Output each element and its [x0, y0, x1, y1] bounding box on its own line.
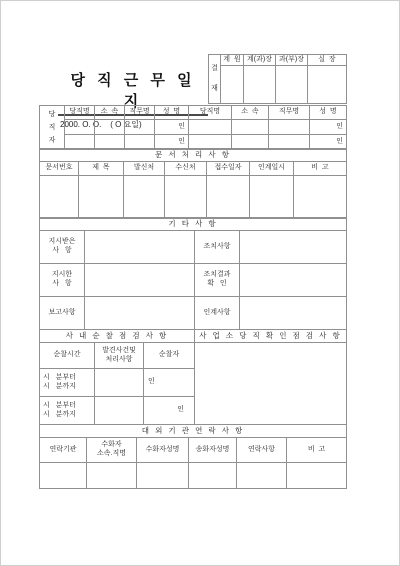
- contact-col-header: 연락사항: [237, 438, 287, 463]
- etc-row-label: 지시한 사 항: [40, 264, 85, 297]
- seal-mark: 인: [144, 369, 195, 397]
- etc-section-table: 기 타 사 항 지시받은 사 항 조치사항 지시한 사 항 조치결과 확 인 보…: [39, 217, 347, 330]
- patrol-section-title-right: 사 업 소 당 직 확 인 점 검 사 항: [195, 330, 347, 343]
- patrol-time-label: 시 분부터 시 분까지: [40, 369, 95, 397]
- doc-input-cell: [40, 176, 79, 219]
- doc-col-header: 발신처: [124, 162, 165, 176]
- duty-input-cell: [232, 120, 269, 135]
- patrol-col-header: 순찰자: [144, 343, 195, 369]
- duty-col-header: 당직명: [65, 106, 95, 120]
- contact-col-header: 연락기관: [40, 438, 87, 463]
- approval-header-dept-chief: 과(부)장: [276, 55, 308, 66]
- doc-input-cell: [250, 176, 294, 219]
- etc-input-cell: [85, 297, 195, 330]
- doc-col-header: 인계일시: [250, 162, 294, 176]
- doc-input-cell: [124, 176, 165, 219]
- duty-log-form-page: 당 직 근 무 일 지 2000. O. O. ( O 요일) 결 재 계 원 …: [0, 0, 400, 566]
- duty-col-header: 성 명: [155, 106, 189, 120]
- duty-roster-table: 당 직 자 당직명 소 속 직무명 성 명 당직명 소 속 직무명 성 명 인 …: [39, 105, 347, 150]
- etc-input-cell: [240, 231, 347, 264]
- contact-input-cell: [87, 463, 137, 489]
- document-section-table: 문 서 처 리 사 항 문서번호 제 목 발신처 수신처 접수일자 인계일시 비…: [39, 148, 347, 219]
- duty-col-header: 소 속: [232, 106, 269, 120]
- etc-row-label: 보고사항: [40, 297, 85, 330]
- approval-sign-cell: [221, 66, 244, 104]
- doc-col-header: 비 고: [294, 162, 347, 176]
- duty-col-header: 직무명: [125, 106, 155, 120]
- contact-section-table: 대 외 기 관 연 락 사 항 연락기관 수화자 소속.직명 수화자성명 송화자…: [39, 424, 347, 489]
- contact-input-cell: [287, 463, 347, 489]
- approval-sign-cell: [308, 66, 347, 104]
- patrol-check-area: [195, 343, 347, 425]
- etc-input-cell: [85, 231, 195, 264]
- duty-col-header: 소 속: [95, 106, 125, 120]
- etc-row-label: 지시받은 사 항: [40, 231, 85, 264]
- etc-input-cell: [240, 264, 347, 297]
- etc-section-title: 기 타 사 항: [40, 218, 347, 231]
- duty-input-cell: [189, 120, 232, 135]
- patrol-section-title-left: 사 내 순 찰 점 검 사 항: [40, 330, 195, 343]
- duty-col-header: 당직명: [189, 106, 232, 120]
- doc-col-header: 접수일자: [207, 162, 250, 176]
- contact-col-header: 수화자성명: [137, 438, 189, 463]
- duty-input-cell: [269, 120, 310, 135]
- approval-table: 결 재 계 원 계(과)장 과(부)장 실 장: [208, 54, 347, 104]
- duty-input-cell: [65, 120, 95, 135]
- etc-input-cell: [240, 297, 347, 330]
- seal-mark: 인: [310, 120, 347, 135]
- patrol-section-table: 사 내 순 찰 점 검 사 항 사 업 소 당 직 확 인 점 검 사 항 순찰…: [39, 329, 347, 425]
- contact-input-cell: [40, 463, 87, 489]
- patrol-input-cell: [95, 397, 144, 425]
- contact-input-cell: [237, 463, 287, 489]
- patrol-col-header: 순찰시간: [40, 343, 95, 369]
- doc-input-cell: [207, 176, 250, 219]
- approval-header-section-chief: 계(과)장: [244, 55, 276, 66]
- contact-col-header: 송화자성명: [189, 438, 237, 463]
- doc-section-title: 문 서 처 리 사 항: [40, 149, 347, 162]
- approval-header-staff: 계 원: [221, 55, 244, 66]
- duty-roster-label: 당 직 자: [40, 106, 65, 150]
- patrol-col-header: 발견사건및 처리사항: [95, 343, 144, 369]
- contact-input-cell: [189, 463, 237, 489]
- contact-col-header: 비 고: [287, 438, 347, 463]
- patrol-time-label: 시 분부터 시 분까지: [40, 397, 95, 425]
- approval-sign-cell: [276, 66, 308, 104]
- duty-input-cell: [95, 120, 125, 135]
- duty-input-cell: [125, 120, 155, 135]
- doc-col-header: 수신처: [165, 162, 207, 176]
- contact-input-cell: [137, 463, 189, 489]
- doc-input-cell: [165, 176, 207, 219]
- duty-col-header: 직무명: [269, 106, 310, 120]
- etc-input-cell: [85, 264, 195, 297]
- doc-col-header: 문서번호: [40, 162, 79, 176]
- patrol-input-cell: [95, 369, 144, 397]
- doc-input-cell: [79, 176, 124, 219]
- etc-row-label: 조치사항: [195, 231, 240, 264]
- approval-header-director: 실 장: [308, 55, 347, 66]
- duty-col-header: 성 명: [310, 106, 347, 120]
- contact-section-title: 대 외 기 관 연 락 사 항: [40, 425, 347, 438]
- seal-mark: 인: [155, 120, 189, 135]
- etc-row-label: 조치결과 확 인: [195, 264, 240, 297]
- contact-col-header: 수화자 소속.직명: [87, 438, 137, 463]
- seal-mark: 인: [144, 397, 195, 425]
- doc-input-cell: [294, 176, 347, 219]
- doc-col-header: 제 목: [79, 162, 124, 176]
- approval-sign-cell: [244, 66, 276, 104]
- etc-row-label: 인계사항: [195, 297, 240, 330]
- approval-stamp-label: 결 재: [209, 55, 221, 104]
